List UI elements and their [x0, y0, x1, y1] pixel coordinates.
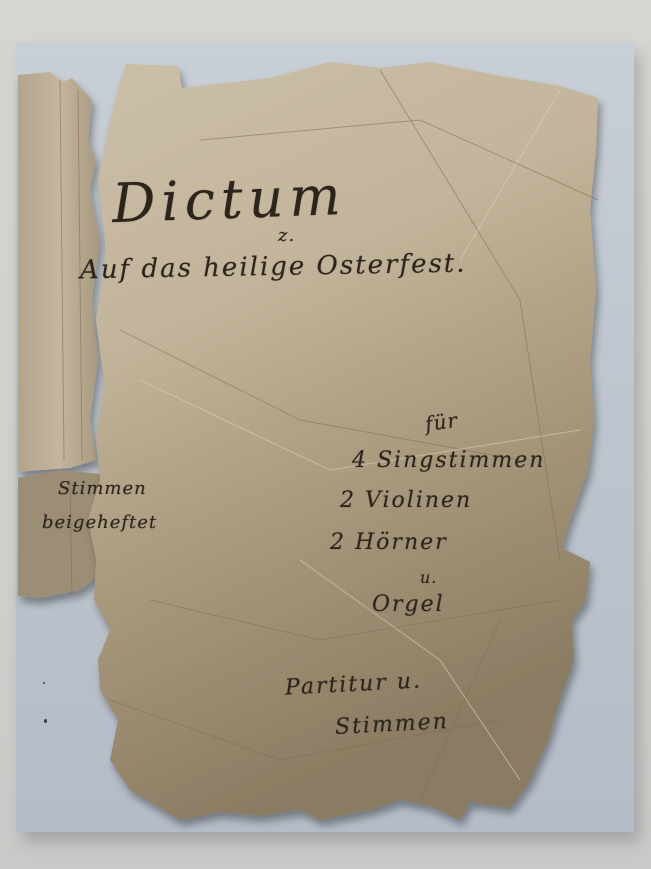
instrumentation-item: Orgel: [372, 592, 445, 617]
board-speck: [44, 719, 47, 723]
manuscript-for-label: für: [423, 408, 459, 436]
board-speck: [43, 682, 45, 684]
manuscript-paper: [0, 0, 651, 869]
manuscript-title-sub: z.: [278, 225, 295, 246]
left-fragment-line: Stimmen: [58, 478, 147, 499]
manuscript-title: Dictum: [111, 164, 348, 235]
instrumentation-item: u.: [420, 568, 437, 587]
left-fragment-line: beigeheftet: [42, 512, 157, 533]
instrumentation-item: 4 Singstimmen: [352, 448, 545, 473]
instrumentation-item: 2 Violinen: [340, 488, 472, 513]
instrumentation-item: 2 Hörner: [330, 530, 448, 555]
